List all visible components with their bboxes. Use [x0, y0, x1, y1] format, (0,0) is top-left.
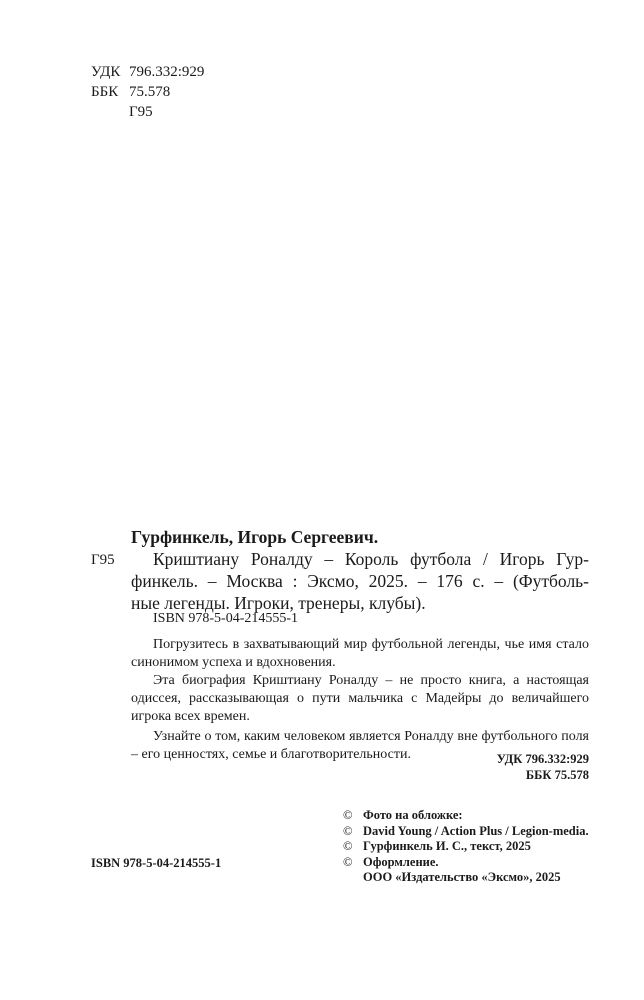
- copyright-icon: ©: [343, 824, 363, 840]
- copyright-block: ©Фото на обложке:©David Young / Action P…: [343, 808, 589, 886]
- bbk-value: 75.578: [129, 82, 170, 102]
- udk-label: УДК: [91, 62, 129, 82]
- bibliographic-description: Криштиану Роналду – Король футбола / Иго…: [131, 548, 589, 614]
- copyright-line: ©David Young / Action Plus / Legion-medi…: [343, 824, 589, 840]
- author-mark-top: Г95: [91, 102, 204, 122]
- copyright-line: ©Гурфинкель И. С., текст, 2025: [343, 839, 589, 855]
- udk-row: УДК 796.332:929: [91, 62, 204, 82]
- classification-codes-right: УДК 796.332:929 ББК 75.578: [412, 751, 589, 783]
- copyright-line: ООО «Издательство «Эксмо», 2025: [343, 870, 589, 886]
- bbk-code: ББК 75.578: [412, 767, 589, 783]
- isbn-bottom: ISBN 978-5-04-214555-1: [91, 855, 221, 871]
- copyright-line: ©Фото на обложке:: [343, 808, 589, 824]
- isbn-catalog: ISBN 978-5-04-214555-1: [153, 610, 298, 628]
- bbk-label: ББК: [91, 82, 129, 102]
- copyright-text: David Young / Action Plus / Legion-media…: [363, 824, 589, 840]
- classification-codes-top: УДК 796.332:929 ББК 75.578 Г95: [91, 62, 204, 122]
- bbk-row: ББК 75.578: [91, 82, 204, 102]
- copyright-text: Гурфинкель И. С., текст, 2025: [363, 839, 531, 855]
- annotation-paragraph: Эта биография Криштиану Роналду – не про…: [131, 672, 589, 726]
- copyright-icon: [343, 870, 363, 886]
- copyright-line: ©Оформление.: [343, 855, 589, 871]
- copyright-icon: ©: [343, 839, 363, 855]
- copyright-icon: ©: [343, 808, 363, 824]
- copyright-icon: ©: [343, 855, 363, 871]
- udk-value: 796.332:929: [129, 62, 204, 82]
- copyright-text: Фото на обложке:: [363, 808, 463, 824]
- author-heading: Гурфинкель, Игорь Сергеевич.: [131, 526, 378, 548]
- description-line: финкель. – Москва : Эксмо, 2025. – 176 с…: [131, 570, 589, 592]
- copyright-text: ООО «Издательство «Эксмо», 2025: [363, 870, 561, 886]
- copyright-text: Оформление.: [363, 855, 439, 871]
- annotation: Погрузитесь в захватывающий мир футбольн…: [131, 636, 589, 764]
- annotation-paragraph: Погрузитесь в захватывающий мир футбольн…: [131, 636, 589, 672]
- description-line: Криштиану Роналду – Король футбола / Иго…: [131, 548, 589, 570]
- udk-code: УДК 796.332:929: [412, 751, 589, 767]
- author-mark-side: Г95: [91, 549, 115, 571]
